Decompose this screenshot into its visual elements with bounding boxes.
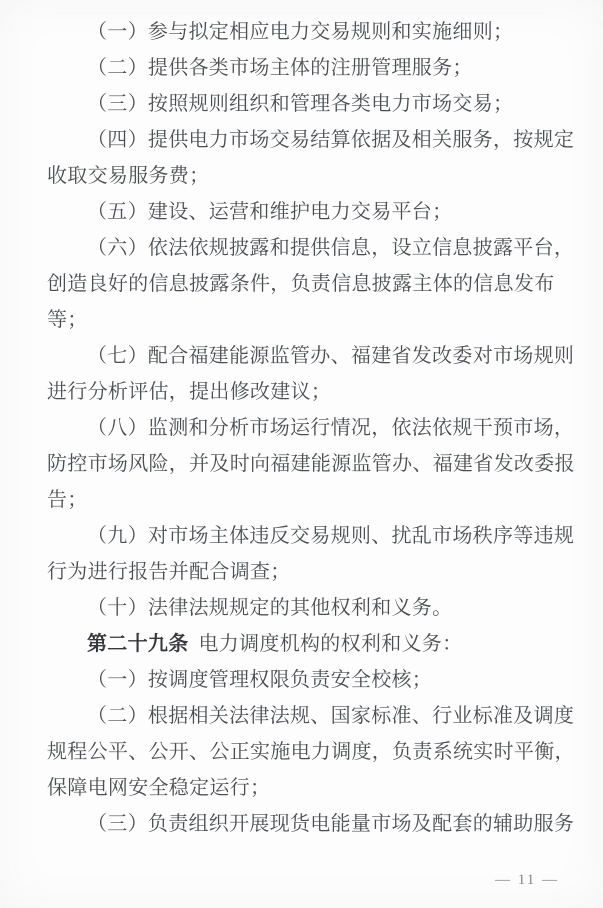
document-page: （一）参与拟定相应电力交易规则和实施细则；（二）提供各类市场主体的注册管理服务；…	[0, 0, 603, 908]
document-line: 进行分析评估，提出修改建议；	[47, 374, 573, 410]
document-line: （二）根据相关法律法规、国家标准、行业标准及调度	[47, 698, 573, 734]
document-line: （一）参与拟定相应电力交易规则和实施细则；	[47, 14, 573, 50]
document-line: （十）法律法规规定的其他权利和义务。	[47, 590, 573, 626]
document-line: 告；	[47, 482, 573, 518]
document-line: （六）依法依规披露和提供信息，设立信息披露平台，	[47, 230, 573, 266]
document-line: 收取交易服务费；	[47, 158, 573, 194]
document-body: （一）参与拟定相应电力交易规则和实施细则；（二）提供各类市场主体的注册管理服务；…	[47, 14, 573, 842]
document-line: （七）配合福建能源监管办、福建省发改委对市场规则	[47, 338, 573, 374]
document-line: 防控市场风险，并及时向福建能源监管办、福建省发改委报	[47, 446, 573, 482]
document-line: 等；	[47, 302, 573, 338]
document-line: 保障电网安全稳定运行；	[47, 770, 573, 806]
article-heading-line: 第二十九条电力调度机构的权利和义务：	[47, 626, 573, 662]
document-line: （一）按调度管理权限负责安全校核；	[47, 662, 573, 698]
document-line: （四）提供电力市场交易结算依据及相关服务，按规定	[47, 122, 573, 158]
document-line: 规程公平、公开、公正实施电力调度，负责系统实时平衡，	[47, 734, 573, 770]
page-number: — 11 —	[495, 872, 559, 889]
document-line: （三）负责组织开展现货电能量市场及配套的辅助服务	[47, 806, 573, 842]
document-line: （八）监测和分析市场运行情况，依法依规干预市场，	[47, 410, 573, 446]
document-line: （九）对市场主体违反交易规则、扰乱市场秩序等违规	[47, 518, 573, 554]
document-line: （三）按照规则组织和管理各类电力市场交易；	[47, 86, 573, 122]
document-line: （二）提供各类市场主体的注册管理服务；	[47, 50, 573, 86]
document-line: 创造良好的信息披露条件，负责信息披露主体的信息发布	[47, 266, 573, 302]
document-line: （五）建设、运营和维护电力交易平台；	[47, 194, 573, 230]
article-number: 第二十九条	[87, 633, 189, 655]
document-line: 行为进行报告并配合调查；	[47, 554, 573, 590]
